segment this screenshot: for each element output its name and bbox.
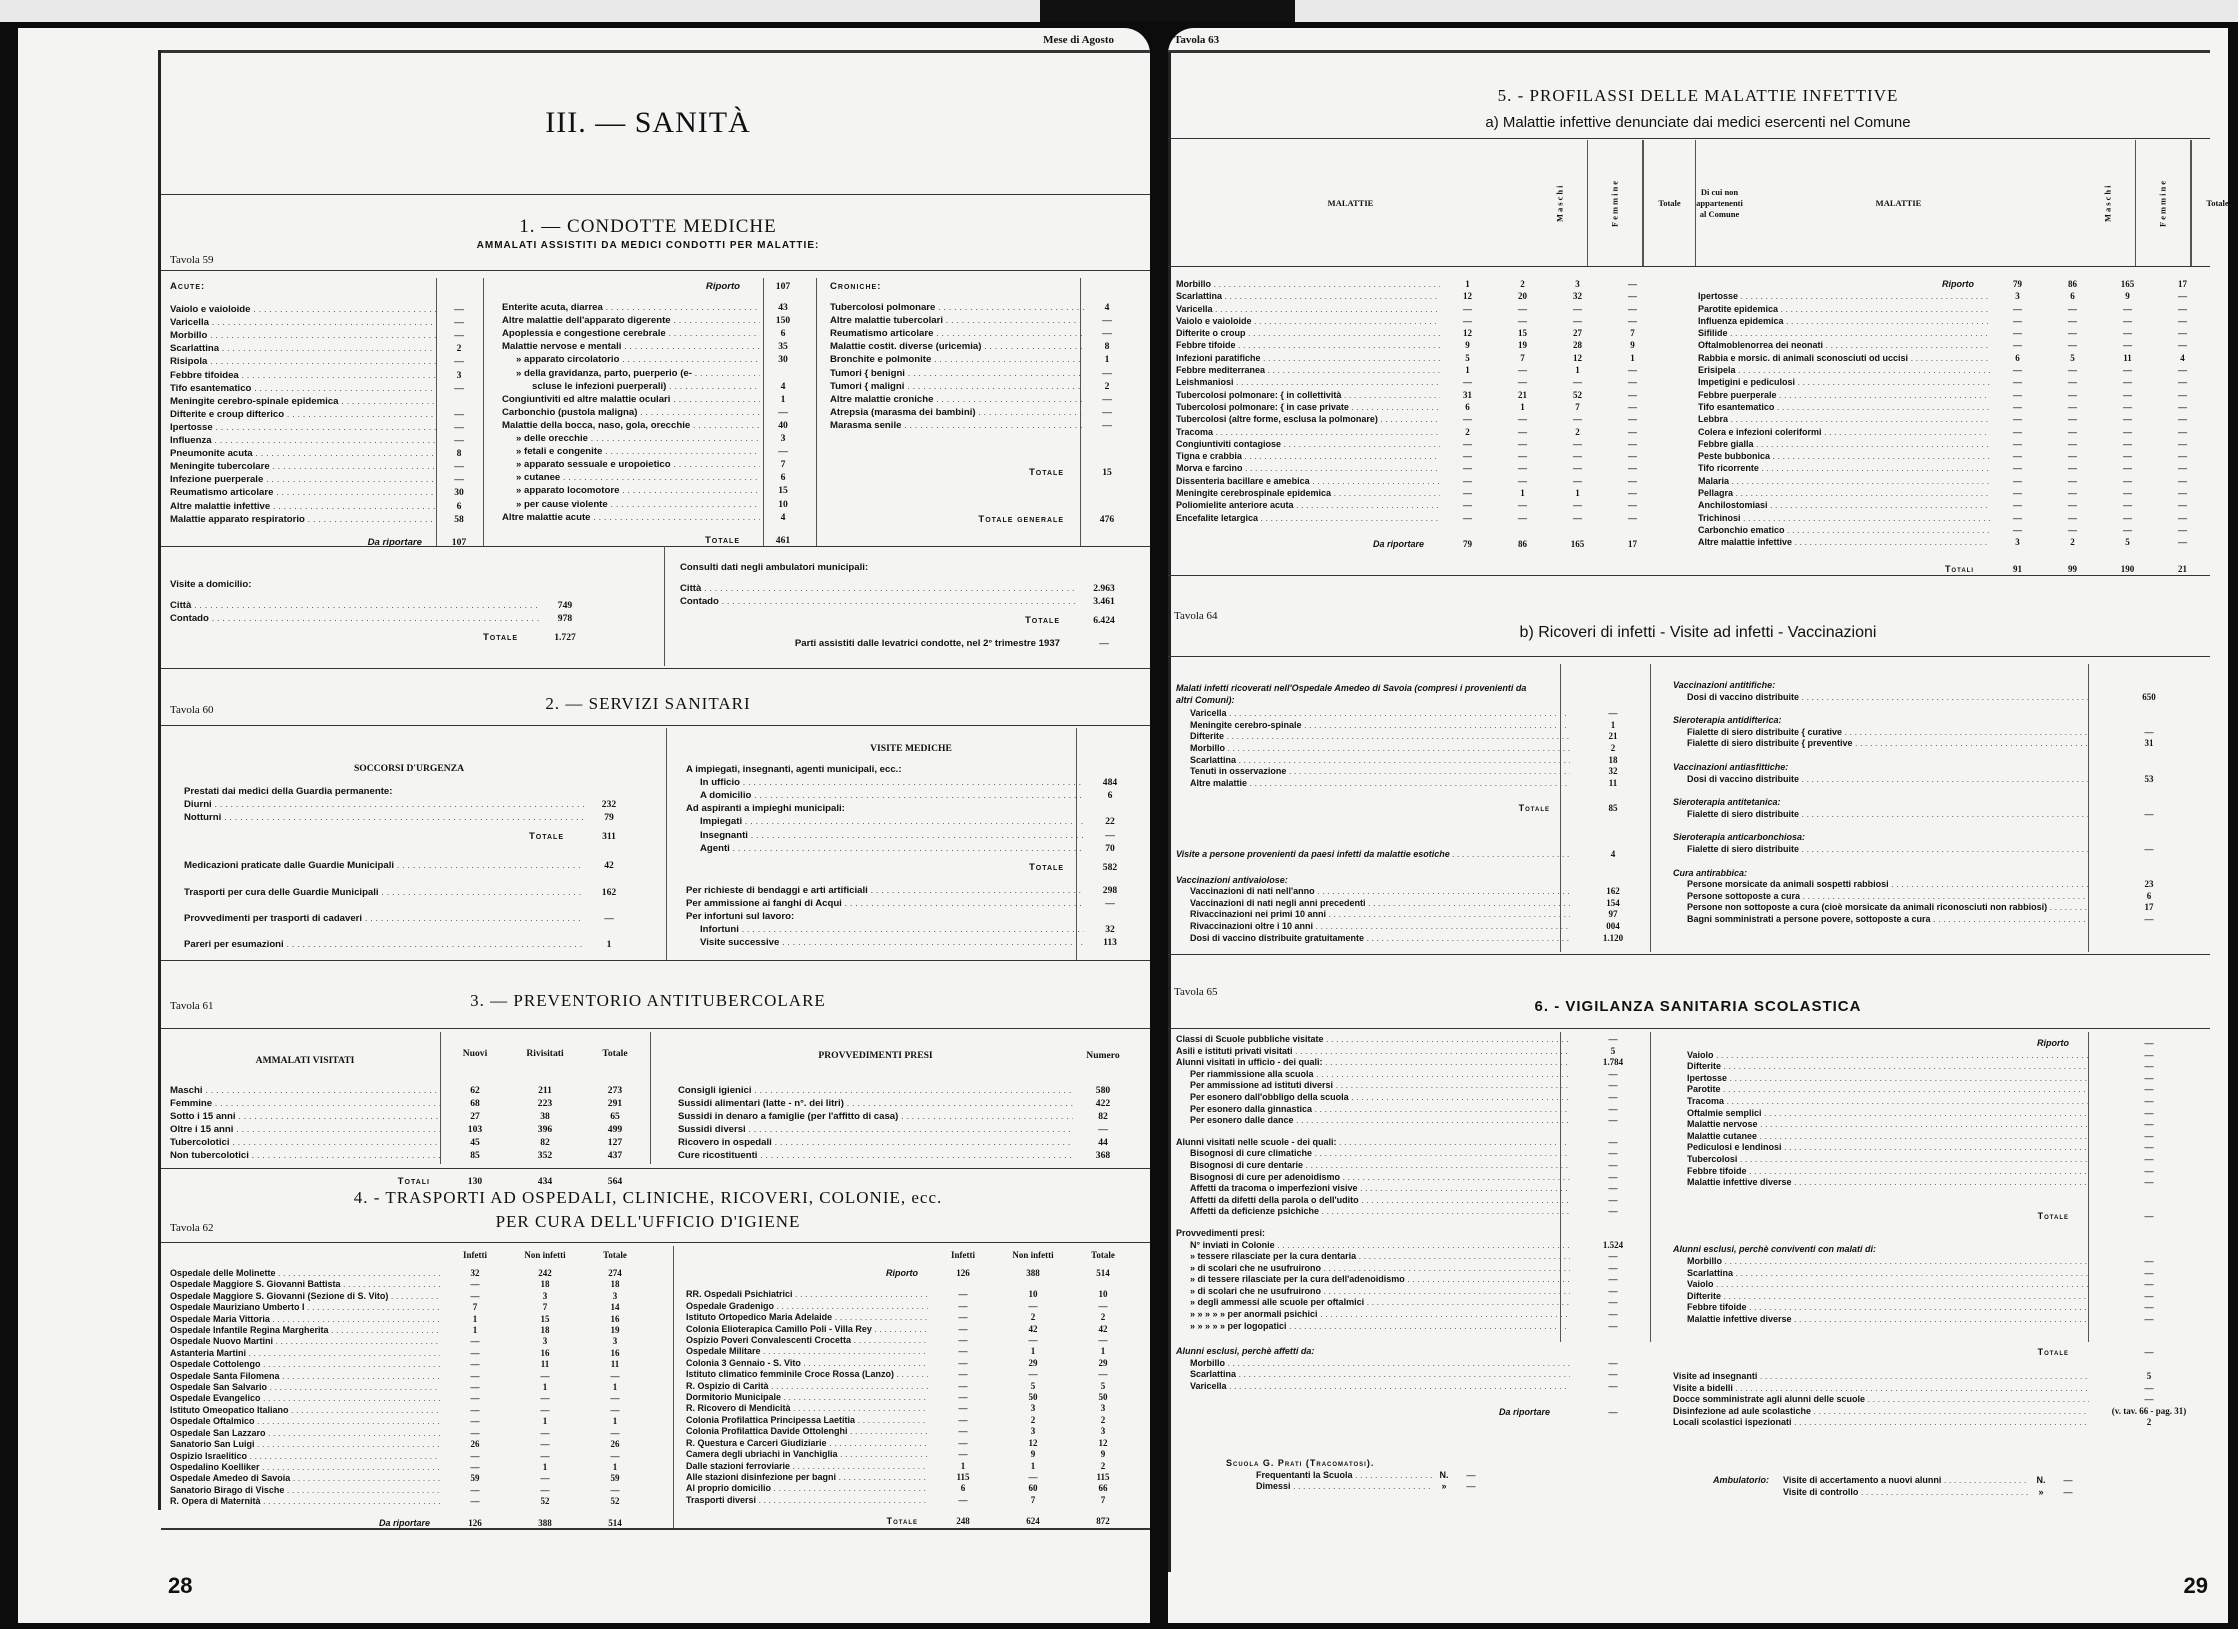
row-value: — (2089, 1131, 2209, 1143)
row-value: 9 (1068, 1449, 1138, 1460)
row-label: » » » » » per anormali psichici (1176, 1309, 1570, 1321)
row-label: Influenza epidemica (1698, 315, 1990, 327)
row-value: — (2053, 1487, 2083, 1499)
row-label: Febbre tifoide (1176, 339, 1440, 351)
row-value: 2 (1550, 426, 1605, 438)
vaccinazione-row: Dosi di vaccino distribuite650 (1673, 692, 2209, 704)
vigilanza-row: Bisognosi di cure climatiche— (1176, 1148, 1656, 1160)
row-value: — (928, 1495, 998, 1506)
trasporto-row: Camera degli ubriachi in Vanchiglia—99 (686, 1449, 1138, 1460)
row-value: 5 (2100, 536, 2155, 548)
row-value: 14 (580, 1302, 650, 1313)
malattia-row: Lebbra———— (1698, 413, 2210, 425)
row-value: — (1605, 450, 1660, 462)
row-label: Per riammissione alla scuola (1176, 1069, 1570, 1081)
row-label: Difterite (1673, 1291, 2089, 1303)
row-value: 50 (1068, 1392, 1138, 1403)
row-value: — (440, 1359, 510, 1370)
row-value: — (1495, 475, 1550, 487)
row-label: Agenti (686, 842, 1084, 855)
row-label: Sussidi alimentari (latte - n°. dei litr… (678, 1097, 1073, 1110)
row-label: » tessere rilasciate per la cura dentari… (1176, 1251, 1570, 1263)
croniche-row: Altre malattie croniche— (830, 393, 1130, 406)
row-value: 6 (1990, 352, 2045, 364)
row-value: — (2045, 438, 2100, 450)
row-value: — (928, 1449, 998, 1460)
row-value: — (2155, 364, 2210, 376)
escluso-row: Tubercolosi— (1673, 1154, 2209, 1166)
column-rule (2088, 664, 2089, 952)
row-value: — (1068, 1369, 1138, 1380)
croniche-row: Tumori { benigni— (830, 367, 1130, 380)
row-label: Tubercolosi (altre forme, esclusa la pol… (1176, 413, 1440, 425)
row-label: Contado (170, 612, 540, 625)
row-value: — (580, 1485, 650, 1496)
row-value: — (2089, 1279, 2209, 1291)
row-value: — (2155, 475, 2210, 487)
tavola-59: Tavola 59 (170, 254, 214, 266)
row-label: Varicella (1176, 1381, 1570, 1393)
chapter-title: III. — SANITÀ (158, 106, 1138, 140)
row-value: 499 (580, 1123, 650, 1136)
row-label: Docce somministrate agli alunni delle sc… (1673, 1394, 2089, 1406)
column-rule (440, 1032, 441, 1164)
row-value: 8 (436, 447, 482, 460)
row-value: — (2089, 914, 2209, 926)
page-top-rule (158, 50, 1150, 53)
row-label: Meningite tubercolare (170, 460, 436, 473)
column-rule (650, 1032, 651, 1164)
row-value: — (436, 355, 482, 368)
row-label: Ospedale Cottolengo (170, 1359, 440, 1370)
row-label: Visite a bidelli (1673, 1383, 2089, 1395)
row-label: Pellagra (1698, 487, 1990, 499)
row-label: Infezione puerperale (170, 473, 436, 486)
row-value: — (2089, 1096, 2209, 1108)
row-value: — (1084, 406, 1130, 419)
row-value: — (1440, 487, 1495, 499)
row-value: — (1570, 1369, 1656, 1381)
provvedimento-row: Sussidi in denaro a famiglie (per l'affi… (678, 1110, 1133, 1123)
row-label: Tumori { maligni (830, 380, 1084, 393)
row-label: » di scolari che ne usufruirono (1176, 1263, 1570, 1275)
row-value: — (1084, 314, 1130, 327)
row-label: Sussidi diversi (678, 1123, 1073, 1136)
row-value: — (1550, 450, 1605, 462)
escluso-row: Ipertosse— (1673, 1073, 2209, 1085)
vigilanza-row: Per esonero dalla ginnastica— (1176, 1104, 1656, 1116)
row-value: — (1990, 487, 2045, 499)
row-value: — (510, 1393, 580, 1404)
row-label: Varicella (1176, 303, 1440, 315)
acute2-row: Altre malattie dell'apparato digerente15… (502, 314, 806, 327)
row-label: Ospedale Nuovo Martini (170, 1336, 440, 1347)
row-label: Ospedale Gradenigo (686, 1301, 928, 1312)
row-label: Febbre tifoide (1673, 1302, 2089, 1314)
row-value: 4 (1084, 301, 1130, 314)
row-value: 91 (1990, 563, 2045, 575)
malattia-row: Encefalite letargica———— (1176, 512, 1660, 524)
row-label: Consigli igienici (678, 1084, 1073, 1097)
row-value: — (2155, 339, 2210, 351)
row-label: Altre malattie (1176, 778, 1570, 790)
section-5-title: 5. - PROFILASSI DELLE MALATTIE INFETTIVE (1168, 86, 2228, 106)
malattia-row: Erisipela———— (1698, 364, 2210, 376)
visite-domicilio: Visite a domicilio: Città749Contado978 T… (170, 578, 590, 644)
total-row: Totali919919021 (1698, 563, 2210, 575)
row-value: — (510, 1371, 580, 1382)
row-value: 1 (1068, 1346, 1138, 1357)
row-value: — (1495, 364, 1550, 376)
ricoveri-infetti: Malati infetti ricoverati nell'Ospedale … (1176, 683, 1656, 944)
row-value: 10 (1068, 1289, 1138, 1300)
row-label: Lebbra (1698, 413, 1990, 425)
row-value: — (1990, 303, 2045, 315)
row-value: 23 (2089, 879, 2209, 891)
row-value: — (2045, 327, 2100, 339)
malattia-row: Febbre gialla———— (1698, 438, 2210, 450)
scan-gutter-shadow (1040, 0, 1295, 22)
acute2-row: Altre malattie acute4 (502, 511, 806, 524)
row-label: R. Opera di Maternità (170, 1496, 440, 1507)
row-value: 11 (2100, 352, 2155, 364)
visite-mediche: VISITE MEDICHE A impiegati, insegnanti, … (686, 742, 1136, 949)
row-label: Diurni (184, 798, 584, 811)
trasporto-row: Dalle stazioni ferroviarie112 (686, 1461, 1138, 1472)
infettive-table-right: Riporto798616517Ipertosse369—Parotite ep… (1698, 278, 2210, 575)
row-value: 1 (1570, 720, 1656, 732)
table-row: Città2.963 (680, 582, 1130, 595)
row-label: Ospedalino Koelliker (170, 1462, 440, 1473)
row-label: Carbonchio (pustola maligna) (502, 406, 760, 419)
section-1-subtitle: AMMALATI ASSISTITI DA MEDICI CONDOTTI PE… (158, 240, 1138, 251)
row-label: R. Ricovero di Mendicità (686, 1403, 928, 1414)
group-heading: Sieroterapia antidifterica: (1673, 715, 2209, 727)
row-value: — (440, 1416, 510, 1427)
row-label: Fialette di siero distribuite { curative (1673, 727, 2089, 739)
row-value: 9 (1605, 339, 1660, 351)
row-label: Altre malattie croniche (830, 393, 1084, 406)
row-label: Altre malattie infettive (1698, 536, 1990, 548)
trasporto-row: Ospedalino Koelliker—11 (170, 1462, 650, 1473)
row-value: — (2155, 536, 2210, 548)
row-label: Visite successive (686, 936, 1084, 949)
row-value: 7 (440, 1302, 510, 1313)
row-label: Difterite (1673, 1061, 2089, 1073)
row-value: 99 (2045, 563, 2100, 575)
row-label: Provvedimenti presi: (1176, 1228, 1570, 1240)
provvedimento-row: Consigli igienici580 (678, 1084, 1133, 1097)
row-value: 18 (1570, 755, 1656, 767)
row-value: — (1550, 413, 1605, 425)
row-value: — (2089, 1050, 2209, 1062)
scan-top-band (0, 0, 2238, 22)
column-header: Maschi (1533, 140, 1588, 266)
row-value: — (1068, 1335, 1138, 1346)
row-value: 2 (1068, 1312, 1138, 1323)
infettive-table-left: Morbillo123—Scarlattina122032—Varicella—… (1176, 278, 1660, 550)
row-value: — (440, 1485, 510, 1496)
convivente-row: Malattie infettive diverse— (1673, 1314, 2209, 1326)
row-label: Per esonero dall'obbligo della scuola (1176, 1092, 1570, 1104)
croniche-row: Tumori { maligni2 (830, 380, 1130, 393)
row-label: Tubercolosi polmonare: { in case private (1176, 401, 1440, 413)
row-value: — (1990, 376, 2045, 388)
row-label: Malattie della bocca, naso, gola, orecch… (502, 419, 760, 432)
row-value: — (2100, 327, 2155, 339)
row-label: Alunni visitati in ufficio - dei quali: (1176, 1057, 1570, 1069)
row-value: 190 (2100, 563, 2155, 575)
row-label: Ipertosse (1673, 1073, 2089, 1085)
row-label: Oltre i 15 anni (170, 1123, 440, 1136)
row-value: — (2155, 303, 2210, 315)
rule (161, 668, 1150, 669)
row-value: — (2089, 1084, 2209, 1096)
trasporto-row: Colonia Profilattica Principessa Laetiti… (686, 1415, 1138, 1426)
row-label: Colonia Elioterapica Camillo Poli - Vill… (686, 1324, 928, 1335)
row-label: Tifo ricorrente (1698, 462, 1990, 474)
row-value: 3 (510, 1291, 580, 1302)
row-value: 154 (1570, 898, 1656, 910)
row-value: 3 (998, 1426, 1068, 1437)
row-value: — (1605, 426, 1660, 438)
row-value: 115 (928, 1472, 998, 1483)
row-value: 17 (1605, 538, 1660, 550)
row-value: 3 (760, 432, 806, 445)
row-value: 4 (760, 511, 806, 524)
acute2-row: » cutanee6 (502, 471, 806, 484)
malattia-row: Meningite cerebrospinale epidemica—11— (1176, 487, 1660, 499)
row-value: — (2045, 339, 2100, 351)
row-value: — (2089, 1291, 2209, 1303)
row-value: — (1990, 426, 2045, 438)
row-value: — (2155, 487, 2210, 499)
row-label: » delle orecchie (502, 432, 760, 445)
row-label: Bronchite e polmonite (830, 353, 1084, 366)
row-label: Oftalmoblenorrea dei neonati (1698, 339, 1990, 351)
row-value: — (928, 1381, 998, 1392)
row-value: 6 (760, 471, 806, 484)
row-label: Dosi di vaccino distribuite (1673, 692, 2089, 704)
row-value: 3 (436, 369, 482, 382)
column-header: MALATTIE (1168, 140, 1533, 266)
trasporto-row: Colonia Profilattica Davide Ottolenghi—3… (686, 1426, 1138, 1437)
escluso-row: Tracoma— (1673, 1096, 2209, 1108)
row-value: 274 (580, 1268, 650, 1279)
running-head-right: Tavola 63 (1174, 34, 1219, 46)
row-value: 1 (760, 393, 806, 406)
trasporto-row: Ospedale Militare—11 (686, 1346, 1138, 1357)
row-value: — (1084, 829, 1136, 842)
row-value: — (1495, 315, 1550, 327)
row-value: — (1605, 389, 1660, 401)
row-value: 1 (1495, 487, 1550, 499)
row-value: 113 (1084, 936, 1136, 949)
table-row: In ufficio484 (686, 776, 1136, 789)
row-label: Rabbia e morsic. di animali sconosciuti … (1698, 352, 1990, 364)
provvedimenti-presi: PROVVEDIMENTI PRESINumero Consigli igien… (678, 1038, 1133, 1163)
escluso-row: Malattie infettive diverse— (1673, 1177, 2209, 1189)
escluso-row: Malattie nervose— (1673, 1119, 2209, 1131)
row-value: — (2045, 315, 2100, 327)
row-value: 1 (998, 1461, 1068, 1472)
row-value: — (1550, 315, 1605, 327)
malattia-row: Febbre puerperale———— (1698, 389, 2210, 401)
row-value: 32 (1550, 290, 1605, 302)
malattia-row: Poliomielite anteriore acuta———— (1176, 499, 1660, 511)
row-value: — (2155, 499, 2210, 511)
ammalati-row: Sotto i 15 anni273865 (170, 1110, 650, 1123)
row-value: 19 (1495, 339, 1550, 351)
table-row: Visite di accertamento a nuovi alunniN.— (1783, 1475, 2083, 1487)
row-value: — (440, 1462, 510, 1473)
row-label: Bisognosi di cure per adenoidismo (1176, 1172, 1570, 1184)
row-value: 396 (510, 1123, 580, 1136)
row-value: — (1605, 512, 1660, 524)
table-row: A impiegati, insegnanti, agenti municipa… (686, 763, 1136, 776)
row-label: Risipola (170, 355, 436, 368)
row-value: 15 (760, 484, 806, 497)
vaccinazione-row: Vaccinazioni di nati nell'anno162 (1176, 886, 1656, 898)
row-value: 29 (1068, 1358, 1138, 1369)
row-value: — (1990, 499, 2045, 511)
row-label: Encefalite letargica (1176, 512, 1440, 524)
table-row: Per infortuni sul lavoro: (686, 910, 1136, 923)
trasporti-table-left: Infetti Non infetti Totale Ospedale dell… (170, 1250, 650, 1529)
column-rule (1560, 1032, 1561, 1342)
row-value: 38 (510, 1110, 580, 1123)
rule (1168, 575, 2210, 576)
page-number-left: 28 (168, 1573, 192, 1599)
row-label: Ospedale Mauriziano Umberto I (170, 1302, 440, 1313)
row-value: — (928, 1335, 998, 1346)
riporto-row: Riporto107 (502, 280, 806, 293)
malattia-row: Rabbia e morsic. di animali sconosciuti … (1698, 352, 2210, 364)
row-value: — (1605, 278, 1660, 290)
row-value: — (440, 1279, 510, 1290)
table-row: Visite di controllo»— (1783, 1487, 2083, 1499)
row-value: — (440, 1348, 510, 1359)
row-value: 580 (1073, 1084, 1133, 1097)
row-value: 749 (540, 599, 590, 612)
row-label: Insegnanti (686, 829, 1084, 842)
row-label: RR. Ospedali Psichiatrici (686, 1289, 928, 1300)
malattia-row: Tubercolosi (altre forme, esclusa la pol… (1176, 413, 1660, 425)
row-value: 1.784 (1570, 1057, 1656, 1069)
row-value: — (2100, 339, 2155, 351)
row-value: 2 (1440, 426, 1495, 438)
soccorsi-urgenza: SOCCORSI D'URGENZA Prestati dai medici d… (184, 762, 634, 964)
row-value: 31 (1440, 389, 1495, 401)
malattia-row: Vaiolo e vaioloide———— (1176, 315, 1660, 327)
row-value: — (1570, 1274, 1656, 1286)
vaccinazione-row: Rivaccinazioni oltre i 10 anni004 (1176, 921, 1656, 933)
row-value: 1 (1605, 352, 1660, 364)
rule (161, 960, 1150, 961)
row-label: Medicazioni praticate dalle Guardie Muni… (184, 859, 584, 872)
row-value: — (436, 434, 482, 447)
rule (1168, 266, 2210, 267)
row-value: 650 (2089, 692, 2209, 704)
row-label: Per ammissione ai fanghi di Acqui (686, 897, 1084, 910)
row-label: Bisognosi di cure climatiche (1176, 1148, 1570, 1160)
row-value: 978 (540, 612, 590, 625)
row-label: Sanatorio Birago di Vische (170, 1485, 440, 1496)
ricoverato-row: Morbillo2 (1176, 743, 1656, 755)
row-value: 9 (1440, 339, 1495, 351)
row-label: Tigna e crabbia (1176, 450, 1440, 462)
row-label: Alunni visitati nelle scuole - dei quali… (1176, 1137, 1570, 1149)
row-value: — (1570, 1148, 1656, 1160)
row-label: Vaccinazioni di nati negli anni preceden… (1176, 898, 1570, 910)
row-value: 10 (998, 1289, 1068, 1300)
row-value: — (510, 1439, 580, 1450)
vigilanza-row: » degli ammessi alle scuole per oftalmic… (1176, 1297, 1656, 1309)
row-value: 82 (510, 1136, 580, 1149)
column-rule (763, 278, 764, 546)
acute2-row: » apparato sessuale e uropoietico7 (502, 458, 806, 471)
row-label: Tumori { benigni (830, 367, 1084, 380)
row-value: 1 (584, 938, 634, 951)
row-value: — (2100, 389, 2155, 401)
row-label: Carbonchio ematico (1698, 524, 1990, 536)
row-label: Febbre puerperale (1698, 389, 1990, 401)
row-value: 5 (2089, 1371, 2209, 1383)
row-label: Impiegati (686, 815, 1084, 828)
table-row: Pareri per esumazioni1 (184, 938, 634, 951)
row-label: Pneumonite acuta (170, 447, 436, 460)
row-value: 12 (1440, 327, 1495, 339)
section-5b-title: b) Ricoveri di infetti - Visite ad infet… (1168, 624, 2228, 642)
row-value: — (1570, 1206, 1656, 1218)
row-label: Malattie apparato respiratorio (170, 513, 436, 526)
row-value: — (440, 1496, 510, 1507)
ricoverato-row: Difterite21 (1176, 731, 1656, 743)
row-value: — (1550, 462, 1605, 474)
row-label: Ospedale Evangelico (170, 1393, 440, 1404)
row-value: — (1605, 315, 1660, 327)
row-value: — (2045, 450, 2100, 462)
section-4-title-line2: PER CURA DELL'UFFICIO D'IGIENE (158, 1212, 1138, 1232)
row-value: — (2155, 512, 2210, 524)
row-value: 1 (580, 1416, 650, 1427)
row-label: Malattie infettive diverse (1673, 1177, 2089, 1189)
trasporto-row: Ospedale Nuovo Martini—33 (170, 1336, 650, 1347)
row-value: 16 (580, 1348, 650, 1359)
row-value: 16 (580, 1314, 650, 1325)
row-value: — (1990, 401, 2045, 413)
vigilanza-row: Asili e istituti privati visitati5 (1176, 1046, 1656, 1058)
row-value: 15 (1495, 327, 1550, 339)
row-label: Poliomielite anteriore acuta (1176, 499, 1440, 511)
vigilanza-row: Per esonero dalle dance— (1176, 1115, 1656, 1127)
row-value: 10 (760, 498, 806, 511)
malattia-row: Tigna e crabbia———— (1176, 450, 1660, 462)
row-label: Tenuti in osservazione (1176, 766, 1570, 778)
vaccinazione-row: Bagni somministrati a persone povere, so… (1673, 914, 2209, 926)
vigilanza-left: Classi di Scuole pubbliche visitate—Asil… (1176, 1034, 1656, 1493)
vigilanza-row: Affetti da difetti della parola o dell'u… (1176, 1195, 1656, 1207)
trasporto-row: Colonia 3 Gennaio - S. Vito—2929 (686, 1358, 1138, 1369)
row-label: Totali (1698, 563, 1990, 575)
vigilanza-row: » tessere rilasciate per la cura dentari… (1176, 1251, 1656, 1263)
row-value: — (1570, 1321, 1656, 1333)
row-value: 2 (998, 1312, 1068, 1323)
row-label: Congiuntiviti ed altre malattie oculari (502, 393, 760, 406)
row-value: 17 (2089, 902, 2209, 914)
row-value: 273 (580, 1084, 650, 1097)
row-value: 28 (1550, 339, 1605, 351)
